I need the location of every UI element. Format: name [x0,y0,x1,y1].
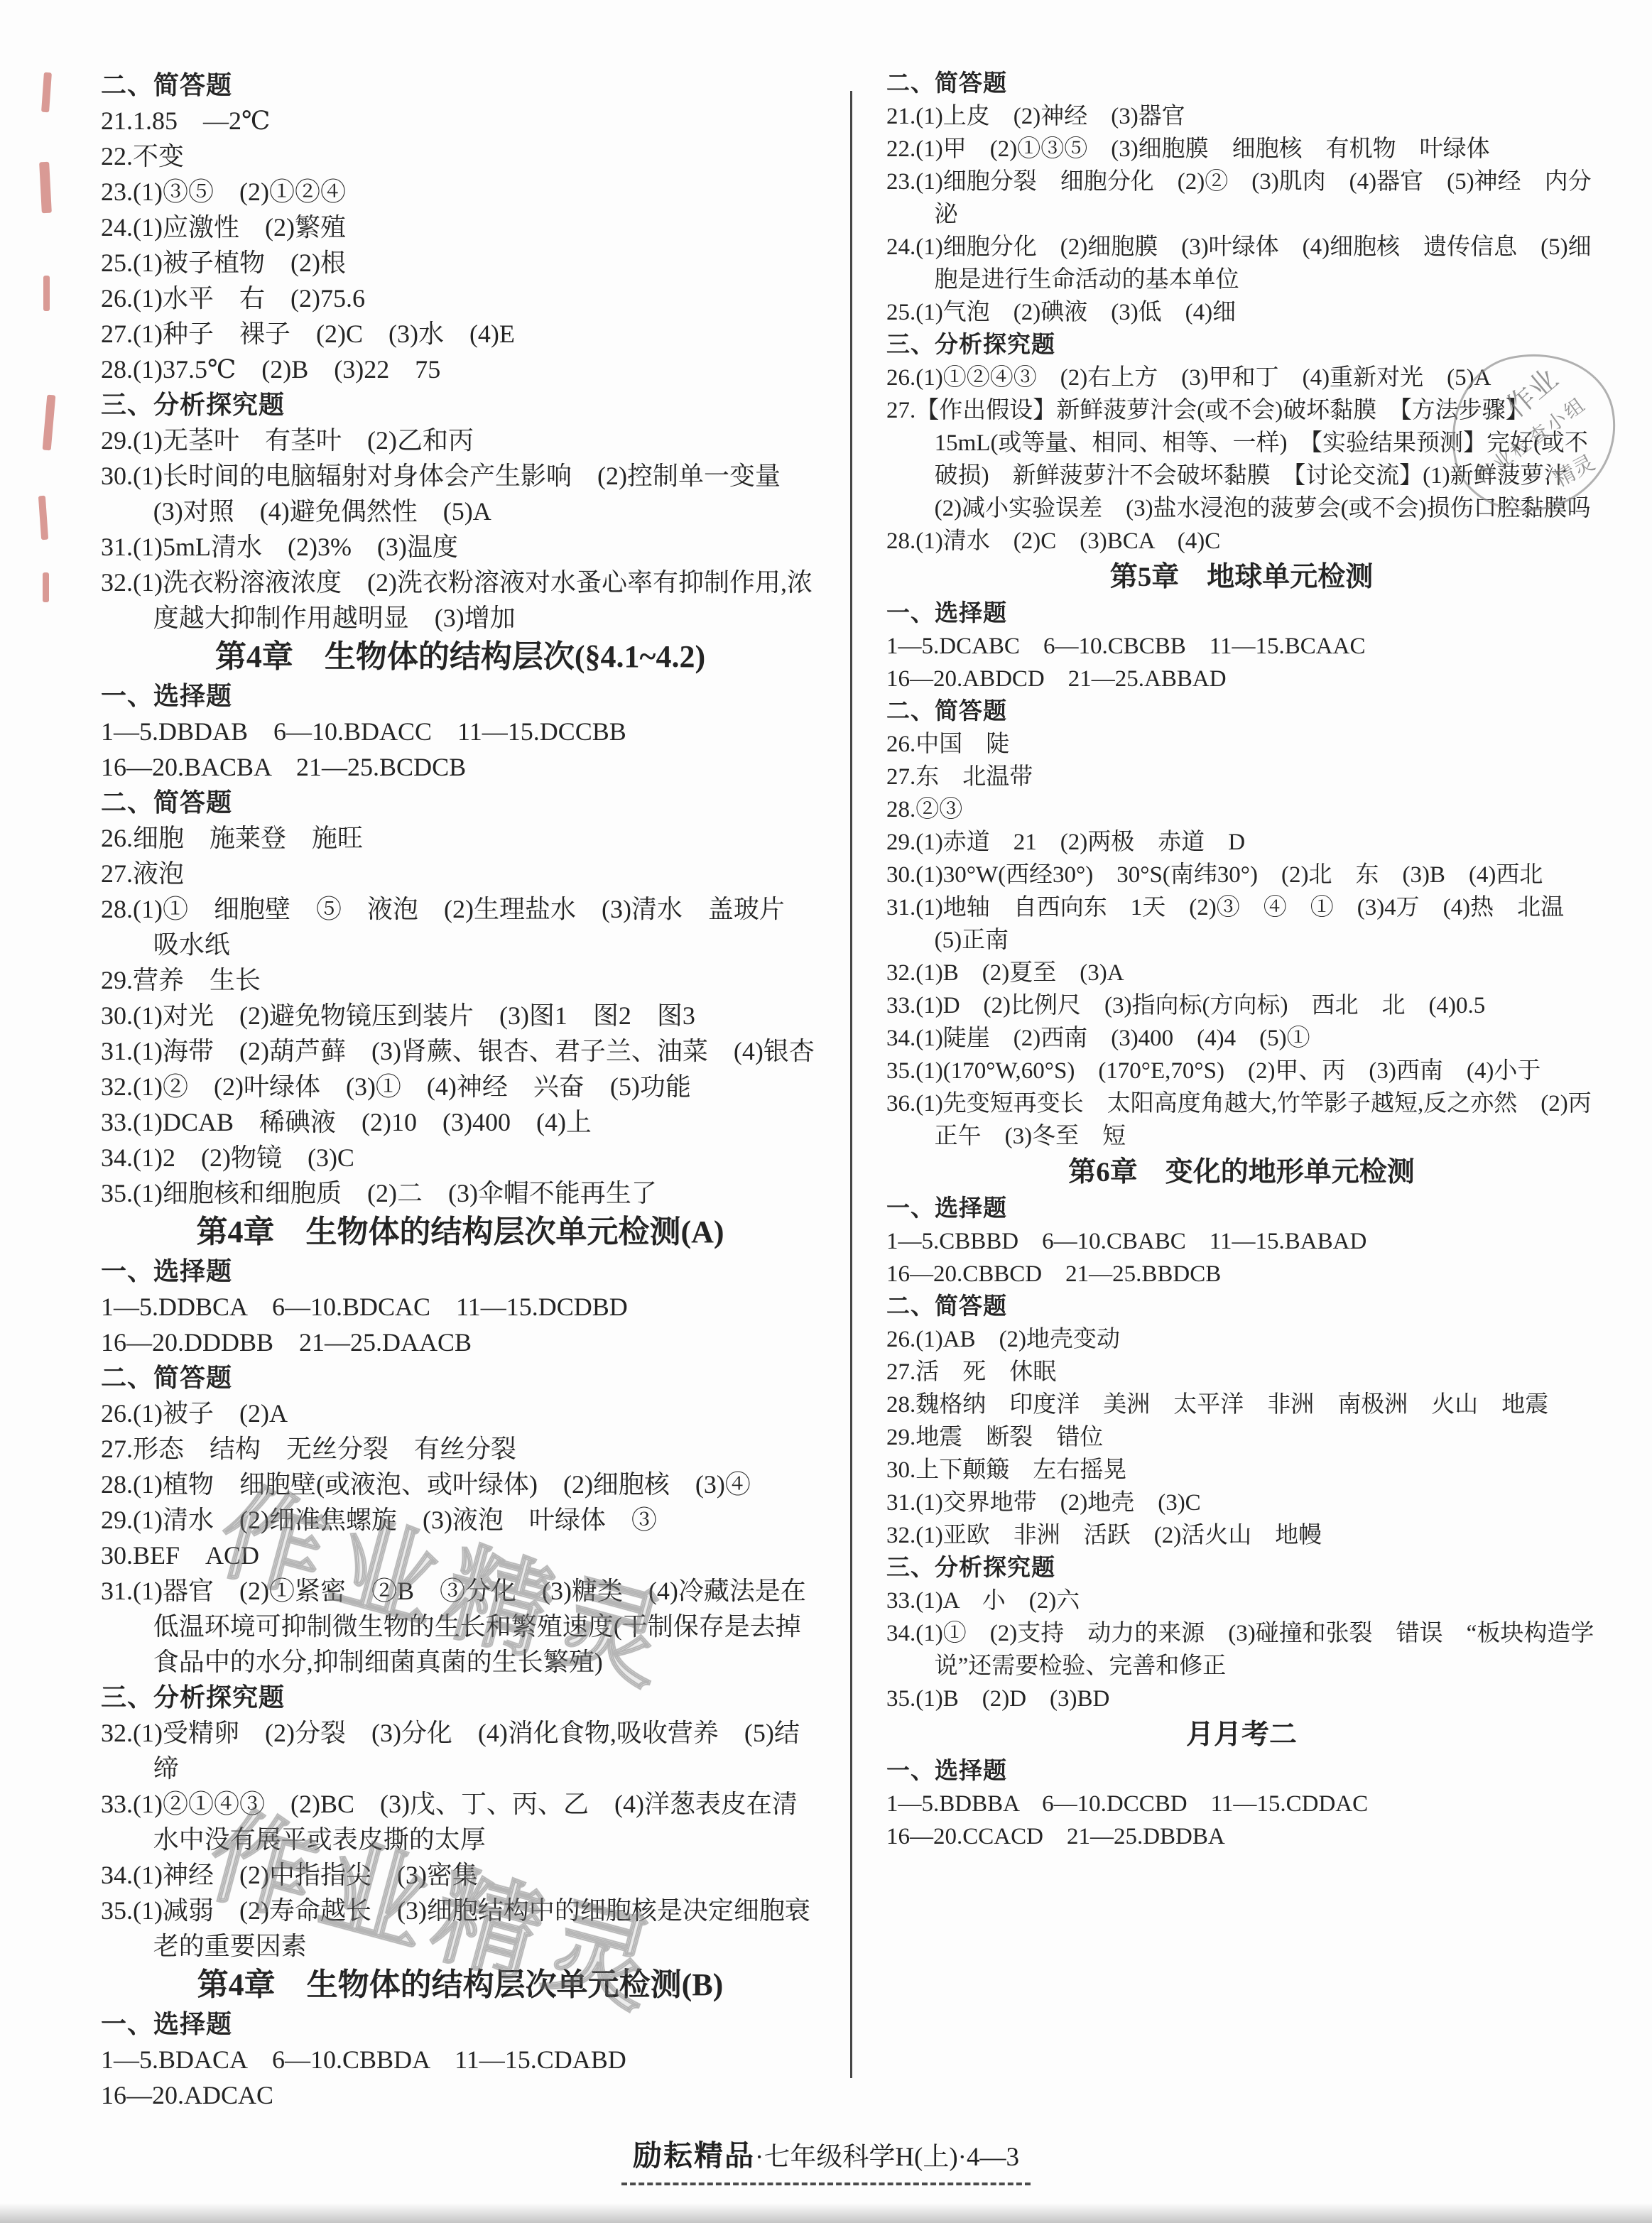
answer-item: 28.(1)37.5℃ (2)B (3)22 75 [101,352,820,387]
answer-item: 26.细胞 施莱登 施旺 [101,820,820,856]
chapter-heading: 第4章 生物体的结构层次单元检测(A) [101,1211,820,1254]
answer-item: 21.(1)上皮 (2)神经 (3)器官 [886,100,1597,133]
section-heading: 二、简答题 [101,1360,820,1396]
answer-item: 33.(1)D (2)比例尺 (3)指向标(方向标) 西北 北 (4)0.5 [886,989,1597,1022]
choice-answers-row: 1—5.DDBCA 6—10.BDCAC 11—15.DCDBD [101,1289,820,1325]
answer-item: 24.(1)细胞分化 (2)细胞膜 (3)叶绿体 (4)细胞核 遗传信息 (5)… [886,231,1597,296]
choice-answers-row: 16—20.DDDBB 21—25.DAACB [101,1325,820,1360]
answer-item: 29.(1)赤道 21 (2)两极 赤道 D [886,826,1597,859]
answer-item: 28.(1)清水 (2)C (3)BCA (4)C [886,525,1597,558]
section-heading: 二、简答题 [886,695,1597,728]
choice-answers-row: 1—5.DBDAB 6—10.BDACC 11—15.DCCBB [101,714,820,749]
chapter-heading: 第6章 变化的地形单元检测 [886,1153,1597,1192]
answer-item: 27.东 北温带 [886,761,1597,793]
scan-artifact [43,276,50,311]
answer-item: 28.魏格纳 印度洋 美洲 太平洋 非洲 南极洲 火山 地震 [886,1388,1597,1421]
scan-artifact [38,496,48,540]
choice-answers-row: 1—5.DCABC 6—10.CBCBB 11—15.BCAAC [886,630,1597,663]
section-heading: 二、简答题 [101,67,820,103]
answer-item: 34.(1)① (2)支持 动力的来源 (3)碰撞和张裂 错误 “板块构造学说”… [886,1617,1597,1683]
answer-item: 26.(1)AB (2)地壳变动 [886,1323,1597,1356]
chapter-heading: 第5章 地球单元检测 [886,558,1597,597]
section-heading: 一、选择题 [101,1254,820,1289]
section-heading: 三、分析探究题 [886,1552,1597,1585]
section-heading: 三、分析探究题 [101,1680,820,1715]
scan-artifact [41,72,52,113]
answer-item: 30.BEF ACD [101,1538,820,1573]
choice-answers-row: 16—20.ABDCD 21—25.ABBAD [886,663,1597,695]
answer-item: 25.(1)气泡 (2)碘液 (3)低 (4)细 [886,296,1597,329]
choice-answers-row: 16—20.ADCAC [101,2077,820,2113]
answer-item: 28.(1)植物 细胞壁(或液泡、或叶绿体) (2)细胞核 (3)④ [101,1467,820,1502]
choice-answers-row: 16—20.CBBCD 21—25.BBDCB [886,1258,1597,1290]
answer-item: 31.(1)海带 (2)葫芦藓 (3)肾蕨、银杏、君子兰、油菜 (4)银杏 [101,1033,820,1069]
section-heading: 三、分析探究题 [886,329,1597,362]
answer-item: 24.(1)应激性 (2)繁殖 [101,210,820,245]
choice-answers-row: 1—5.BDACA 6—10.CBBDA 11—15.CDABD [101,2042,820,2077]
choice-answers-row: 16—20.CCACD 21—25.DBDBA [886,1820,1597,1853]
answer-item: 21.1.85 —2℃ [101,103,820,138]
scan-bottom-shade [0,2203,1652,2223]
section-heading: 一、选择题 [101,678,820,714]
column-right: 二、简答题21.(1)上皮 (2)神经 (3)器官22.(1)甲 (2)①③⑤ … [886,67,1597,1853]
answer-item: 32.(1)受精卵 (2)分裂 (3)分化 (4)消化食物,吸收营养 (5)结缔 [101,1715,820,1786]
chapter-heading: 月月考二 [886,1715,1597,1755]
answer-item: 30.(1)30°W(西经30°) 30°S(南纬30°) (2)北 东 (3)… [886,859,1597,891]
section-heading: 一、选择题 [886,597,1597,630]
answer-item: 33.(1)DCAB 稀碘液 (2)10 (3)400 (4)上 [101,1104,820,1140]
page-footer: 励耘精品·七年级科学H(上)·4—3 [621,2132,1031,2185]
section-heading: 二、简答题 [886,67,1597,100]
footer-brand: 励耘精品 [633,2139,755,2172]
chapter-heading: 第4章 生物体的结构层次(§4.1~4.2) [101,636,820,678]
answer-item: 34.(1)2 (2)物镜 (3)C [101,1140,820,1175]
answer-item: 31.(1)5mL清水 (2)3% (3)温度 [101,529,820,565]
answer-item: 31.(1)器官 (2)①紧密 ②B ③分化 (3)糖类 (4)冷藏法是在低温环… [101,1573,820,1680]
answer-item: 32.(1)亚欧 非洲 活跃 (2)活火山 地幔 [886,1519,1597,1552]
section-heading: 一、选择题 [886,1192,1597,1225]
answer-item: 27.液泡 [101,856,820,891]
answer-item: 28.(1)① 细胞壁 ⑤ 液泡 (2)生理盐水 (3)清水 盖玻片 吸水纸 [101,891,820,962]
section-heading: 二、简答题 [886,1290,1597,1323]
answer-item: 35.(1)B (2)D (3)BD [886,1683,1597,1715]
answer-item: 22.不变 [101,138,820,174]
answer-item: 27.(1)种子 裸子 (2)C (3)水 (4)E [101,316,820,352]
answer-item: 35.(1)减弱 (2)寿命越长 (3)细胞结构中的细胞核是决定细胞衰老的重要因… [101,1893,820,1964]
choice-answers-row: 1—5.CBBBD 6—10.CBABC 11—15.BABAD [886,1225,1597,1258]
answer-item: 32.(1)B (2)夏至 (3)A [886,957,1597,989]
scan-artifact [43,395,56,451]
answer-item: 25.(1)被子植物 (2)根 [101,245,820,281]
answer-key-page: 二、简答题21.1.85 —2℃22.不变23.(1)③⑤ (2)①②④24.(… [0,0,1652,2223]
answer-item: 29.地震 断裂 错位 [886,1421,1597,1454]
answer-item: 29.(1)无茎叶 有茎叶 (2)乙和丙 [101,423,820,458]
answer-item: 26.(1)水平 右 (2)75.6 [101,281,820,316]
answer-item: 23.(1)细胞分裂 细胞分化 (2)② (3)肌肉 (4)器官 (5)神经 内… [886,165,1597,231]
answer-item: 32.(1)② (2)叶绿体 (3)① (4)神经 兴奋 (5)功能 [101,1069,820,1104]
answer-item: 26.(1)①②④③ (2)右上方 (3)甲和丁 (4)重新对光 (5)A [886,362,1597,394]
scan-artifact [43,572,49,602]
scan-artifact [39,162,52,214]
footer-info: ·七年级科学H(上)·4—3 [755,2143,1019,2172]
answer-item: 31.(1)交界地带 (2)地壳 (3)C [886,1486,1597,1519]
section-heading: 三、分析探究题 [101,387,820,423]
answer-item: 23.(1)③⑤ (2)①②④ [101,174,820,210]
answer-item: 35.(1)细胞核和细胞质 (2)二 (3)伞帽不能再生了 [101,1175,820,1211]
answer-item: 26.(1)被子 (2)A [101,1396,820,1431]
answer-item: 34.(1)陡崖 (2)西南 (3)400 (4)4 (5)① [886,1022,1597,1055]
answer-item: 33.(1)A 小 (2)六 [886,1585,1597,1617]
answer-item: 33.(1)②①④③ (2)BC (3)戊、丁、丙、乙 (4)洋葱表皮在清水中没… [101,1786,820,1857]
answer-item: 35.(1)(170°W,60°S) (170°E,70°S) (2)甲、丙 (… [886,1055,1597,1087]
answer-item: 31.(1)地轴 自西向东 1天 (2)③ ④ ① (3)4万 (4)热 北温 … [886,891,1597,957]
column-left: 二、简答题21.1.85 —2℃22.不变23.(1)③⑤ (2)①②④24.(… [101,67,820,2113]
choice-answers-row: 1—5.BDBBA 6—10.DCCBD 11—15.CDDAC [886,1788,1597,1820]
answer-item: 32.(1)洗衣粉溶液浓度 (2)洗衣粉溶液对水蚤心率有抑制作用,浓度越大抑制作… [101,565,820,636]
column-divider [850,91,852,2078]
section-heading: 一、选择题 [101,2006,820,2042]
answer-item: 28.②③ [886,793,1597,826]
choice-answers-row: 16—20.BACBA 21—25.BCDCB [101,749,820,785]
answer-item: 26.中国 陡 [886,728,1597,761]
answer-item: 30.(1)长时间的电脑辐射对身体会产生影响 (2)控制单一变量 (3)对照 (… [101,458,820,529]
section-heading: 二、简答题 [101,785,820,820]
chapter-heading: 第4章 生物体的结构层次单元检测(B) [101,1964,820,2006]
answer-item: 29.(1)清水 (2)细准焦螺旋 (3)液泡 叶绿体 ③ [101,1502,820,1538]
answer-item: 30.(1)对光 (2)避免物镜压到装片 (3)图1 图2 图3 [101,998,820,1033]
answer-item: 22.(1)甲 (2)①③⑤ (3)细胞膜 细胞核 有机物 叶绿体 [886,133,1597,165]
answer-item: 34.(1)神经 (2)中指指尖 (3)密集 [101,1857,820,1893]
answer-item: 27.【作出假设】新鲜菠萝汁会(或不会)破坏黏膜 【方法步骤】15mL(或等量、… [886,394,1597,525]
section-heading: 一、选择题 [886,1755,1597,1788]
answer-item: 27.活 死 休眠 [886,1356,1597,1388]
answer-item: 27.形态 结构 无丝分裂 有丝分裂 [101,1431,820,1467]
answer-item: 36.(1)先变短再变长 太阳高度角越大,竹竿影子越短,反之亦然 (2)丙 正午… [886,1087,1597,1153]
answer-item: 29.营养 生长 [101,962,820,998]
answer-item: 30.上下颠簸 左右摇晃 [886,1454,1597,1486]
